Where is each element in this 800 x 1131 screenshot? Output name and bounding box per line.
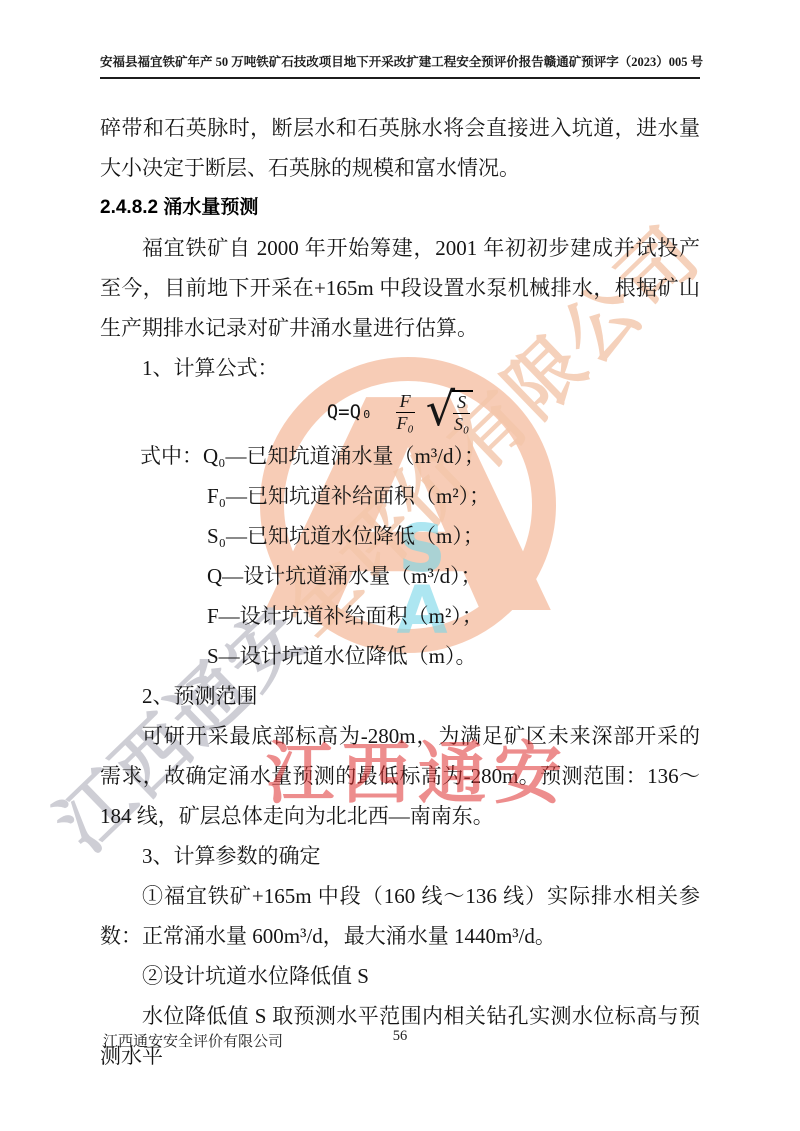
formula-F-numerator: F [396, 391, 415, 412]
section-heading: 2.4.8.2 涌水量预测 [100, 188, 700, 228]
calc-formula-label: 1、计算公式： [100, 348, 700, 388]
definition-Q0: Q₀—已知坑道涌水量（m³/d）； [203, 444, 485, 468]
formula-F-denominator: F₀ [392, 413, 417, 433]
calc-params-label: 3、计算参数的确定 [100, 836, 700, 876]
header-title: 安福县福宜铁矿年产 50 万吨铁矿石技改项目地下开采改扩建工程安全预评价报告 [100, 52, 544, 70]
definition-S: S—设计坑道水位降低（m）。 [100, 636, 700, 676]
formula-fraction-F: F F₀ [392, 391, 417, 432]
definition-Q: Q—设计坑道涌水量（m³/d）； [100, 556, 700, 596]
header-doc-number: 赣通矿预评字（2023）005 号 [544, 52, 703, 70]
page-header: 安福县福宜铁矿年产 50 万吨铁矿石技改项目地下开采改扩建工程安全预评价报告 赣… [100, 52, 700, 79]
footer-company-name: 江西通安安全评价有限公司 [103, 1030, 283, 1051]
definition-line: 式中：Q₀—已知坑道涌水量（m³/d）； [100, 436, 700, 476]
where-prefix: 式中： [140, 444, 203, 468]
page-footer: 江西通安安全评价有限公司 56 [100, 1028, 700, 1045]
formula-lhs: Q=Q₀ [327, 401, 373, 423]
paragraph-intro: 碎带和石英脉时，断层水和石英脉水将会直接进入坑道，进水量大小决定于断层、石英脉的… [100, 108, 700, 188]
formula-S-numerator: S [453, 392, 470, 413]
sqrt-symbol: √ [426, 386, 455, 432]
document-content: 碎带和石英脉时，断层水和石英脉水将会直接进入坑道，进水量大小决定于断层、石英脉的… [100, 108, 700, 1076]
document-page: A 江西通安全评价有限公司 S A 安福县福宜铁矿年产 50 万吨铁矿石技改项目… [0, 0, 800, 1131]
paragraph-drainage-params: ①福宜铁矿+165m 中段（160 线～136 线）实际排水相关参数：正常涌水量… [100, 876, 700, 956]
prediction-range-label: 2、预测范围 [100, 676, 700, 716]
definition-S0: S₀—已知坑道水位降低（m）； [100, 516, 700, 556]
definition-F: F—设计坑道补给面积（m²）； [100, 596, 700, 636]
paragraph-drawdown-label: ②设计坑道水位降低值 S [100, 956, 700, 996]
paragraph-mine-history: 福宜铁矿自 2000 年开始筹建，2001 年初初步建成并试投产至今，目前地下开… [100, 228, 700, 348]
water-inflow-formula: Q=Q₀ F F₀ √ S S₀ [100, 388, 700, 436]
definition-F0: F₀—已知坑道补给面积（m²）； [100, 476, 700, 516]
formula-variable-definitions: 式中：Q₀—已知坑道涌水量（m³/d）； F₀—已知坑道补给面积（m²）； S₀… [100, 436, 700, 676]
paragraph-prediction-range: 可研开采最底部标高为-280m，为满足矿区未来深部开采的需求，故确定涌水量预测的… [100, 716, 700, 836]
